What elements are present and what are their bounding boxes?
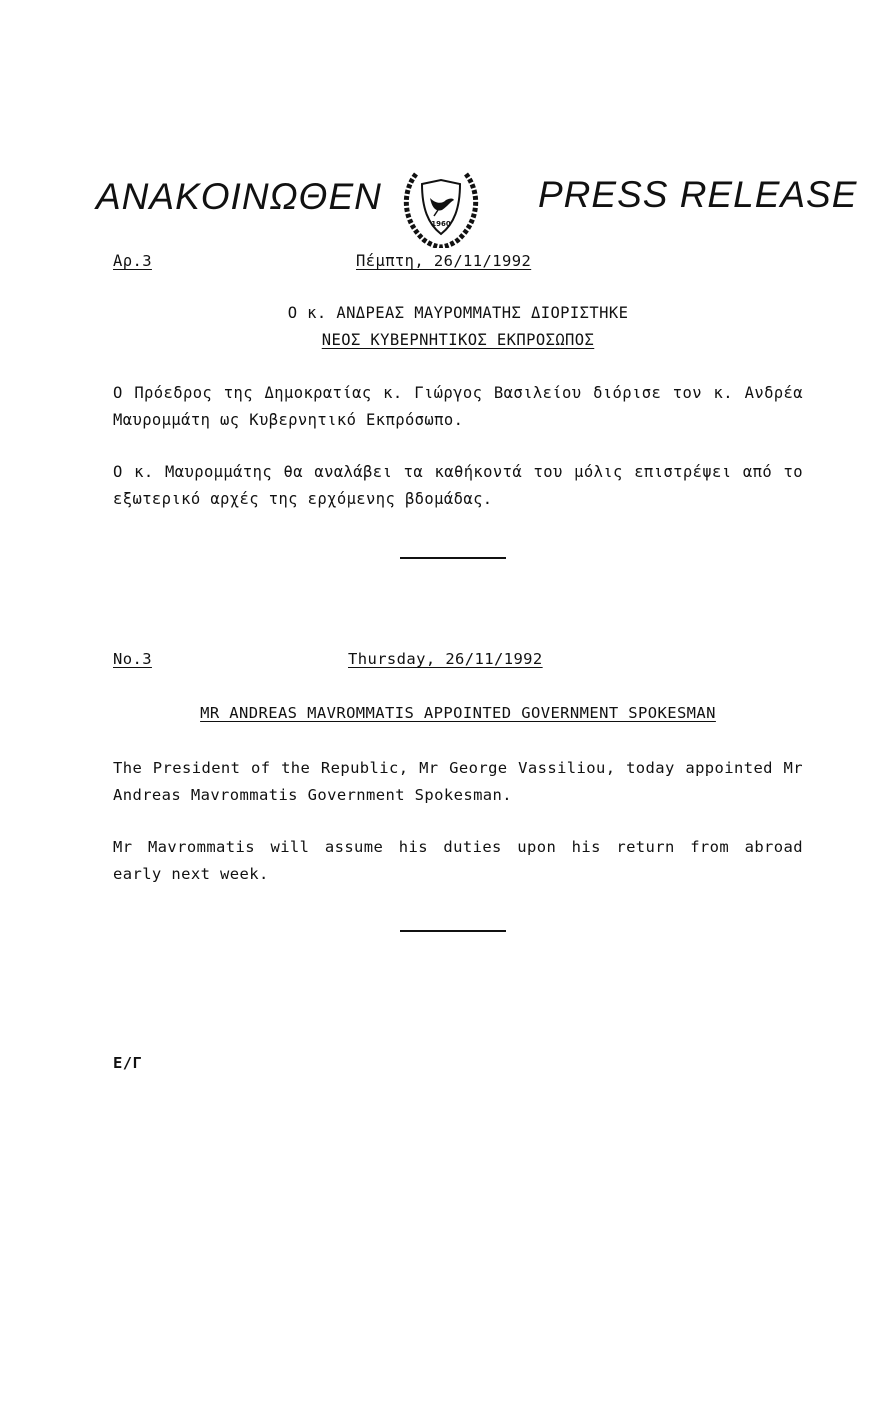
release-number-english: No.3	[113, 650, 152, 668]
section-divider-1	[400, 557, 506, 559]
release-number-greek: Αρ.3	[113, 252, 152, 270]
headline-english: MR ANDREAS MAVROMMATIS APPOINTED GOVERNM…	[113, 704, 803, 722]
paragraph-english-2: Mr Mavrommatis will assume his duties up…	[113, 834, 803, 888]
section-divider-2	[400, 930, 506, 932]
title-greek: ANAKOINΩΘEN	[96, 176, 382, 218]
release-date-greek: Πέμπτη, 26/11/1992	[356, 252, 531, 270]
paragraph-greek-2: Ο κ. Μαυρομμάτης θα αναλάβει τα καθήκοντ…	[113, 459, 803, 513]
paragraph-greek-1: Ο Πρόεδρος της Δημοκρατίας κ. Γιώργος Βα…	[113, 380, 803, 434]
headline-greek-line1: Ο κ. ΑΝΔΡΕΑΣ ΜΑΥΡΟΜΜΑΤΗΣ ΔΙΟΡΙΣΤΗΚΕ	[113, 304, 803, 322]
headline-greek-line2: ΝΕΟΣ ΚΥΒΕΡΝΗΤΙΚΟΣ ΕΚΠΡΟΣΩΠΟΣ	[113, 331, 803, 349]
author-initials: Ε/Γ	[113, 1054, 142, 1072]
title-english: PRESS RELEASE	[538, 174, 857, 216]
headline-greek-line2-text: ΝΕΟΣ ΚΥΒΕΡΝΗΤΙΚΟΣ ΕΚΠΡΟΣΩΠΟΣ	[322, 331, 595, 349]
paragraph-english-1: The President of the Republic, Mr George…	[113, 755, 803, 809]
headline-english-text: MR ANDREAS MAVROMMATIS APPOINTED GOVERNM…	[200, 704, 716, 722]
svg-text:1960: 1960	[431, 220, 451, 228]
cyprus-coat-of-arms-icon: 1960	[398, 168, 484, 248]
release-date-english: Thursday, 26/11/1992	[348, 650, 543, 668]
